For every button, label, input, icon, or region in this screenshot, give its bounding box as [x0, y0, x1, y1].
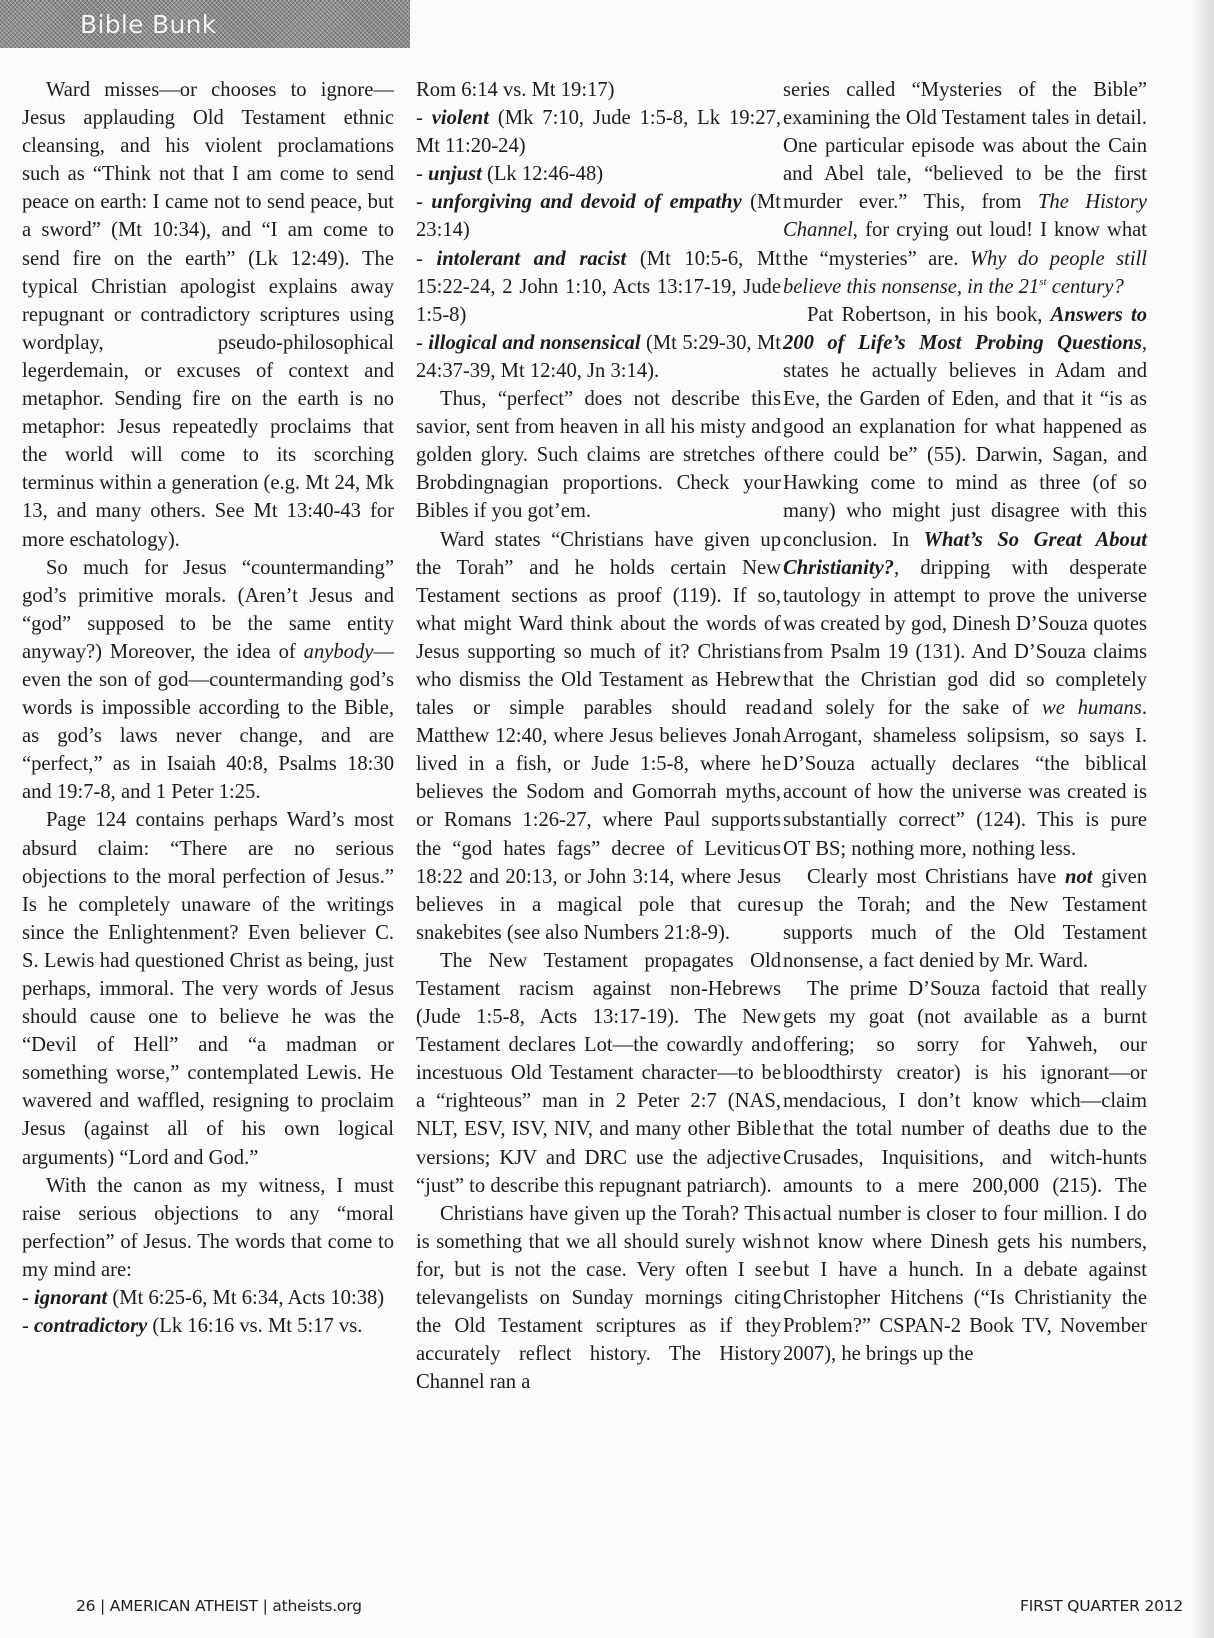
list-term: violent	[432, 107, 489, 129]
list-item: - illogical and nonsensical (Mt 5:29-30,…	[416, 329, 781, 385]
page-edge-shadow	[1192, 0, 1214, 1638]
list-term: contradictory	[34, 1315, 147, 1337]
list-item: - unjust (Lk 12:46-48)	[416, 160, 781, 188]
text-run: Pat Robertson, in his book,	[807, 304, 1051, 326]
list-refs: (Mt 6:25-6, Mt 6:34, Acts 10:38)	[107, 1287, 384, 1309]
list-term: intolerant and racist	[437, 248, 627, 270]
list-term: unjust	[428, 163, 482, 185]
footer-page-info: 26 | AMERICAN ATHEIST | atheists.org	[76, 1597, 362, 1615]
list-item: - intolerant and racist (Mt 10:5-6, Mt 1…	[416, 245, 781, 329]
list-item: - unforgiving and devoid of empathy (Mt …	[416, 188, 781, 244]
paragraph: The New Testament propagates Old Testame…	[416, 947, 781, 1200]
list-continuation: Rom 6:14 vs. Mt 19:17)	[416, 76, 781, 104]
paragraph: Ward states “Christians have given up th…	[416, 526, 781, 947]
article-column-3: series called “Mysteries of the Bible” e…	[783, 76, 1147, 1368]
emphasis: anybody	[304, 641, 374, 663]
paragraph: With the canon as my witness, I must rai…	[22, 1172, 394, 1284]
paragraph: So much for Jesus “countermanding” god’s…	[22, 554, 394, 807]
emphasis: we humans	[1042, 697, 1142, 719]
list-term: illogical and nonsensical	[428, 332, 640, 354]
text-run: Clearly most Christians have	[807, 866, 1065, 888]
section-banner: Bible Bunk	[0, 0, 410, 48]
list-term: unforgiving and devoid of empathy	[431, 191, 741, 213]
paragraph: Ward misses—or chooses to ignore—Jesus a…	[22, 76, 394, 554]
emphasis: not	[1065, 866, 1092, 888]
text-run: , dripping with desperate tautology in a…	[783, 557, 1147, 719]
paragraph: Clearly most Christians have not given u…	[783, 863, 1147, 975]
article-column-2: Rom 6:14 vs. Mt 19:17) - violent (Mk 7:1…	[416, 76, 781, 1396]
list-refs: (Lk 16:16 vs. Mt 5:17 vs.	[147, 1315, 362, 1337]
footer-issue-date: FIRST QUARTER 2012	[1020, 1597, 1183, 1615]
list-refs: (Lk 12:46-48)	[482, 163, 603, 185]
paragraph: Page 124 contains perhaps Ward’s most ab…	[22, 806, 394, 1171]
text-run: —even the son of god—countermanding god’…	[22, 641, 394, 803]
text-run: century?	[1047, 276, 1124, 298]
text-run: , states he actually believes in Adam an…	[783, 332, 1147, 551]
paragraph: The prime D’Souza factoid that really ge…	[783, 975, 1147, 1368]
list-item: - violent (Mk 7:10, Jude 1:5-8, Lk 19:27…	[416, 104, 781, 160]
list-item: - ignorant (Mt 6:25-6, Mt 6:34, Acts 10:…	[22, 1284, 394, 1312]
paragraph: Pat Robertson, in his book, Answers to 2…	[783, 301, 1147, 863]
superscript: st	[1039, 276, 1046, 288]
list-term: ignorant	[34, 1287, 107, 1309]
text-run: . Arrogant, shameless solipsism, so says…	[783, 697, 1147, 859]
article-column-1: Ward misses—or chooses to ignore—Jesus a…	[22, 76, 394, 1340]
paragraph: series called “Mysteries of the Bible” e…	[783, 76, 1147, 301]
section-title: Bible Bunk	[80, 10, 217, 39]
list-item: - contradictory (Lk 16:16 vs. Mt 5:17 vs…	[22, 1312, 394, 1340]
paragraph: Thus, “perfect” does not describe this s…	[416, 385, 781, 525]
paragraph: Christians have given up the Torah? This…	[416, 1200, 781, 1397]
